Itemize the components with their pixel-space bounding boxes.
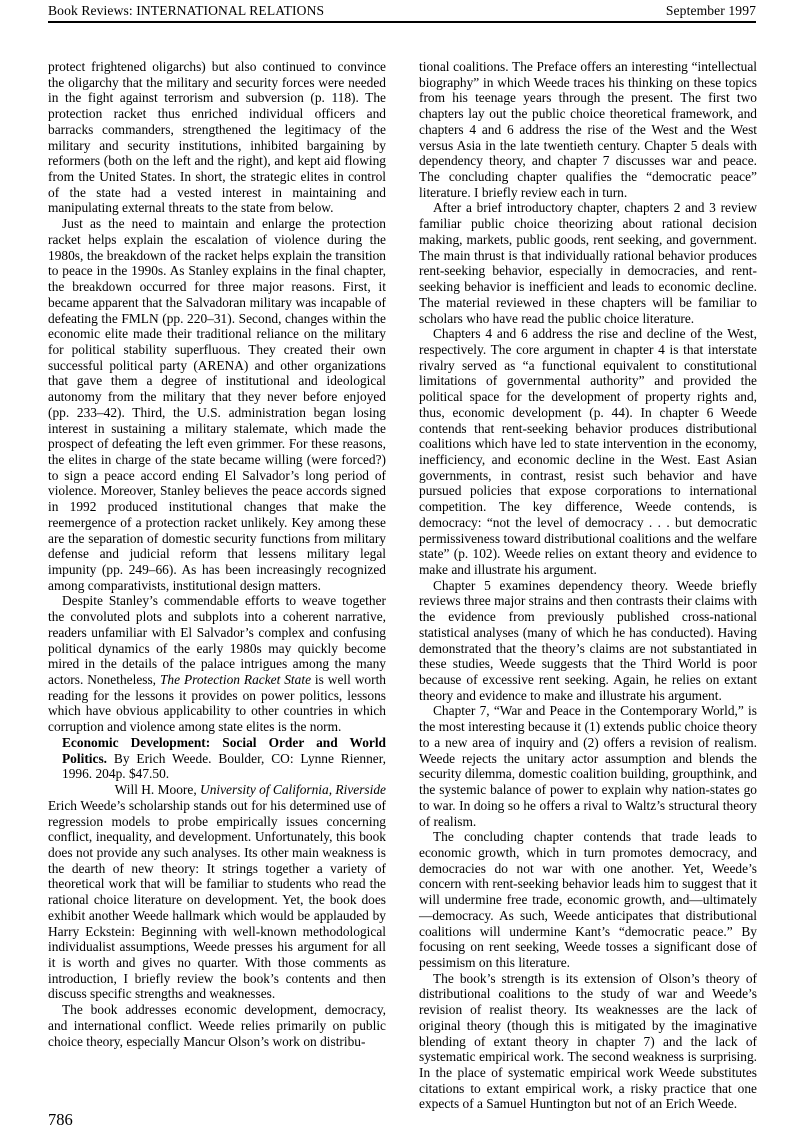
reviewer-affiliation: University of California, Riverside	[200, 782, 386, 797]
reviewer-name: Will H. Moore,	[115, 782, 200, 797]
paragraph: After a brief introductory chapter, chap…	[419, 200, 757, 326]
paragraph: The book addresses economic development,…	[48, 1002, 386, 1049]
running-head-date: September 1997	[666, 3, 756, 19]
right-column: tional coalitions. The Preface offers an…	[419, 59, 757, 1112]
reviewer-byline: Will H. Moore, University of California,…	[48, 782, 386, 798]
reviewed-book-publication-info: By Erich Weede. Boulder, CO: Lynne Rienn…	[62, 751, 386, 782]
paragraph: Just as the need to maintain and enlarge…	[48, 216, 386, 593]
paragraph: The book’s strength is its extension of …	[419, 971, 757, 1112]
paragraph: Chapter 5 examines dependency theory. We…	[419, 578, 757, 704]
paragraph: Chapters 4 and 6 address the rise and de…	[419, 326, 757, 578]
paragraph-continued: tional coalitions. The Preface offers an…	[419, 59, 757, 200]
book-title-italic: The Protection Racket State	[160, 672, 311, 687]
paragraph: Chapter 7, “War and Peace in the Contemp…	[419, 703, 757, 829]
page-number: 786	[48, 1110, 73, 1130]
running-head: Book Reviews: INTERNATIONAL RELATIONS Se…	[48, 3, 756, 19]
text-columns: protect frightened oligarchs) but also c…	[48, 59, 757, 1112]
paragraph: Erich Weede’s scholarship stands out for…	[48, 798, 386, 1002]
left-column: protect frightened oligarchs) but also c…	[48, 59, 386, 1112]
paragraph-continued: protect frightened oligarchs) but also c…	[48, 59, 386, 216]
reviewed-book-heading: Economic Development: Social Order and W…	[48, 735, 386, 782]
paragraph: Despite Stanley’s commendable efforts to…	[48, 593, 386, 734]
paragraph: The concluding chapter contends that tra…	[419, 829, 757, 970]
header-rule	[48, 21, 756, 23]
running-head-title: Book Reviews: INTERNATIONAL RELATIONS	[48, 3, 324, 19]
journal-page: Book Reviews: INTERNATIONAL RELATIONS Se…	[0, 0, 800, 1144]
